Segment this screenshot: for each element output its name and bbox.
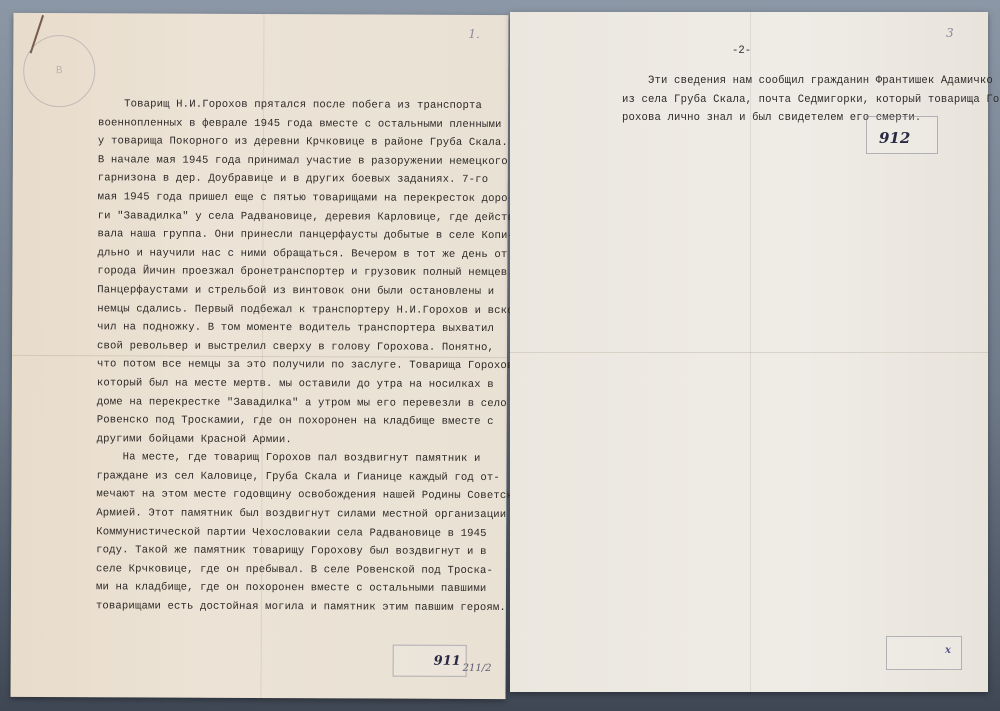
text-line: чил на подножку. В том моменте водитель … xyxy=(97,318,527,338)
text-line: гарнизона в дер. Доубравице и в других б… xyxy=(98,170,528,190)
handwritten-page-number: 3 xyxy=(946,26,954,40)
document-page-1: B 1. Товарищ Н.И.Горохов прятался после … xyxy=(11,13,509,699)
archive-stamp-number: 912 xyxy=(879,129,910,147)
text-line: Товарищ Н.И.Горохов прятался после побег… xyxy=(98,95,528,115)
text-line: мая 1945 года пришел еще с пятью товарищ… xyxy=(98,188,528,208)
text-line: свой револьвер и выстрелил сверху в голо… xyxy=(97,337,527,357)
handwritten-page-number: 1. xyxy=(468,27,480,41)
archive-extra-number: 211/2 xyxy=(463,663,492,674)
text-line: дльно и научили нас с ними обращаться. В… xyxy=(97,244,527,264)
text-line: Ровенско под Троскамии, где он похоронен… xyxy=(97,411,527,431)
text-line: что потом все немцы за это получили по з… xyxy=(97,356,527,376)
text-line: немцы сдались. Первый подбежал к транспо… xyxy=(97,300,527,320)
text-line: доме на перекрестке "Завадилка" а утром … xyxy=(97,393,527,413)
text-line: рохова лично знал и был свидетелем его с… xyxy=(622,109,1000,128)
archive-stamp: 912 xyxy=(866,116,938,154)
text-line: вала наша группа. Они принесли панцерфау… xyxy=(97,225,527,245)
archive-stamp: 911 xyxy=(393,645,467,677)
text-line: Панцерфаустами и стрельбой из винтовок о… xyxy=(97,281,527,301)
text-line: граждане из сел Каловице, Груба Скала и … xyxy=(96,467,526,487)
text-line: Коммунистической партии Чехословакии сел… xyxy=(96,523,526,543)
text-line: который был на месте мертв. мы оставили … xyxy=(97,374,527,394)
text-line: ги "Завадилка" у села Радвановице, дерев… xyxy=(98,207,528,227)
text-line: селе Крчковице, где он пребывал. В селе … xyxy=(96,560,526,580)
text-line: году. Такой же памятник товарищу Горохов… xyxy=(96,542,526,562)
text-line: города Йичин проезжал бронетранспортер и… xyxy=(97,263,527,283)
text-line: из села Груба Скала, почта Седмигорки, к… xyxy=(622,91,1000,110)
text-line: товарищами есть достойная могила и памят… xyxy=(96,597,526,617)
text-line: мечают на этом месте годовщину освобожде… xyxy=(96,486,526,506)
text-line: ми на кладбище, где он похоронен вместе … xyxy=(96,579,526,599)
archive-stamp-mark: x xyxy=(945,645,951,656)
document-page-2: 3 -2- Эти сведения нам сообщил гражданин… xyxy=(510,12,988,692)
round-stamp-text: B xyxy=(56,65,63,77)
text-line: другими бойцами Красной Армии. xyxy=(97,430,527,450)
round-stamp: B xyxy=(23,35,95,107)
text-line: Эти сведения нам сообщил гражданин Франт… xyxy=(622,72,1000,91)
archive-stamp-bottom: x xyxy=(886,636,962,670)
text-line: В начале мая 1945 года принимал участие … xyxy=(98,151,528,171)
archive-stamp-number: 911 xyxy=(434,654,461,669)
text-line: у товарища Покорного из деревни Крчковиц… xyxy=(98,132,528,152)
typed-body-text: Товарищ Н.И.Горохов прятался после побег… xyxy=(96,95,528,617)
typed-body-text: Эти сведения нам сообщил гражданин Франт… xyxy=(622,72,1000,128)
text-line: военнопленных в феврале 1945 года вместе… xyxy=(98,114,528,134)
text-line: На месте, где товарищ Горохов пал воздви… xyxy=(97,449,527,469)
page-header: -2- xyxy=(732,45,751,57)
fold-line xyxy=(510,352,988,353)
text-line: Армией. Этот памятник был воздвигнут сил… xyxy=(96,504,526,524)
